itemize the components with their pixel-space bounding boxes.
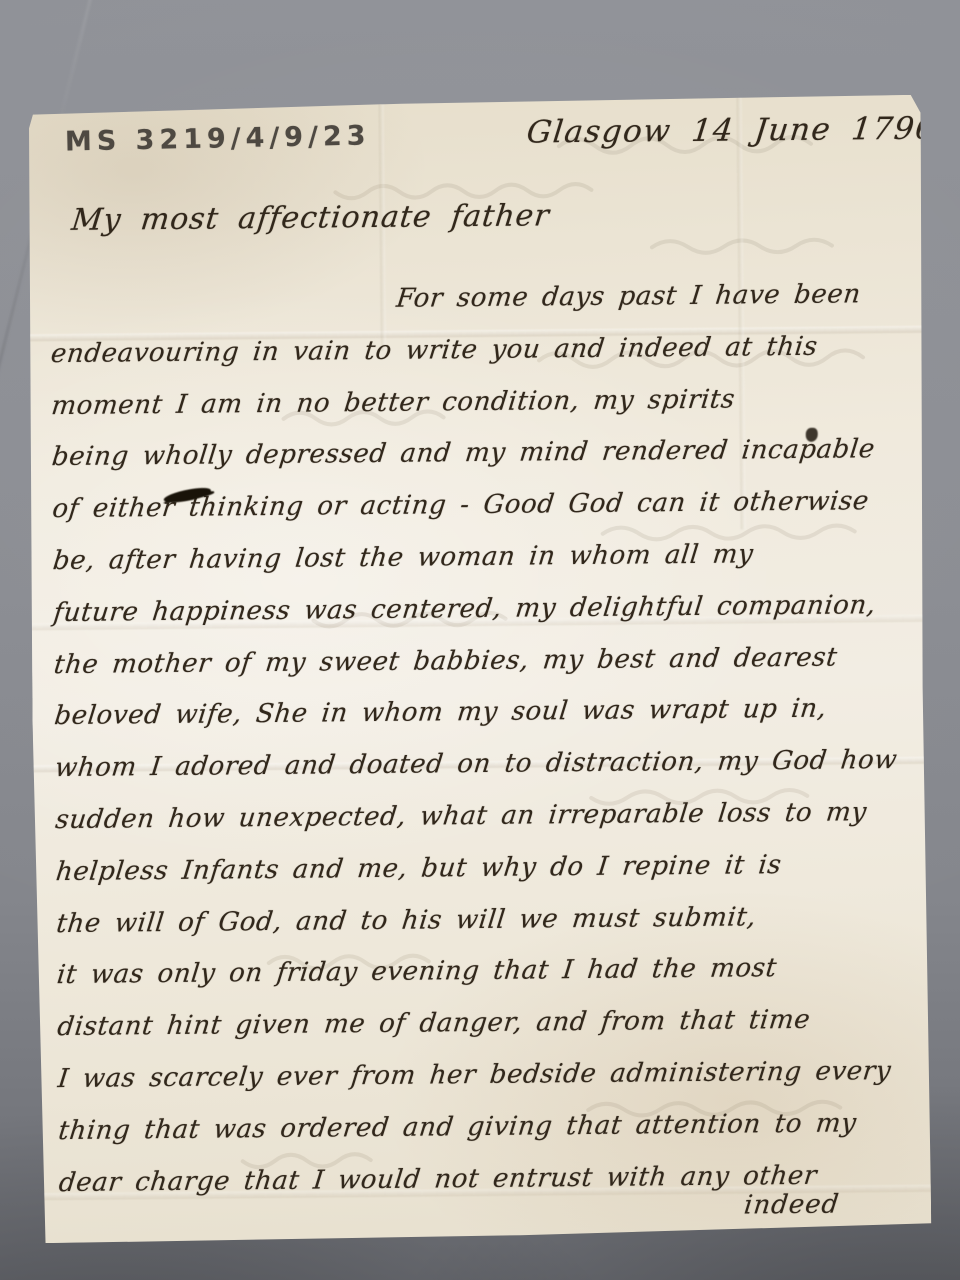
letter-salutation: My most affectionate father [72,198,550,238]
letter-line: thing that was ordered and giving that a… [58,1098,904,1158]
letter-line: distant hint given me of danger, and fro… [57,994,903,1054]
letter-dateline: Glasgow 14 June 1796 [527,111,937,151]
archival-reference: MS 3219/4/9/23 [65,120,371,157]
dateline-text: Glasgow 14 June 1796 [525,111,939,151]
photo-background: MS 3219/4/9/23 Glasgow 14 June 1796 My m… [0,0,960,1280]
letter-line: sudden how unexpected, what an irreparab… [55,787,901,847]
letter-catchword: indeed [744,1190,839,1221]
letter-line: endeavouring in vain to write you and in… [51,321,897,381]
letter-line: moment I am in no better condition, my s… [51,373,897,433]
letter-line: I was scarcely ever from her bedside adm… [58,1046,904,1106]
letter-line: of either thinking or acting - Good God … [52,476,898,536]
letter-body: For some days past I have been endeavour… [50,269,905,1209]
letter-line: it was only on friday evening that I had… [57,942,903,1002]
letter-line: beloved wife, She in whom my soul was wr… [54,683,900,743]
salutation-text: My most affectionate father [70,198,552,238]
letter-line: future happiness was centered, my deligh… [53,580,899,640]
letter-line: whom I adored and doated on to distracti… [55,735,901,795]
letter-line: For some days past I have been [50,269,896,329]
letter-line: the mother of my sweet babbies, my best … [54,632,900,692]
letter-line: being wholly depressed and my mind rende… [52,424,898,484]
letter-line: the will of God, and to his will we must… [56,891,902,951]
letter-line: helpless Infants and me, but why do I re… [56,839,902,899]
letter-line: be, after having lost the woman in whom … [53,528,899,588]
letter-page: MS 3219/4/9/23 Glasgow 14 June 1796 My m… [27,95,932,1244]
